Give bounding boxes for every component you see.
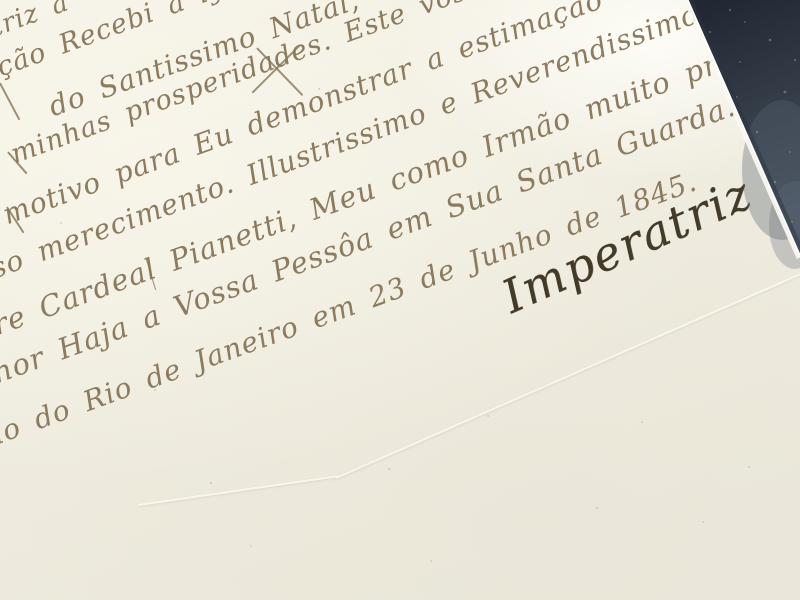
paper-fold-crease bbox=[336, 272, 800, 478]
photograph-of-letter: triz a ção Recebi a ly do Santissimo Nat… bbox=[0, 0, 800, 600]
paper-fold-crease bbox=[138, 475, 338, 505]
letter-paper: triz a ção Recebi a ly do Santissimo Nat… bbox=[0, 0, 800, 600]
paper-speckles bbox=[0, 0, 2, 2]
pen-slash-mark bbox=[0, 82, 20, 120]
